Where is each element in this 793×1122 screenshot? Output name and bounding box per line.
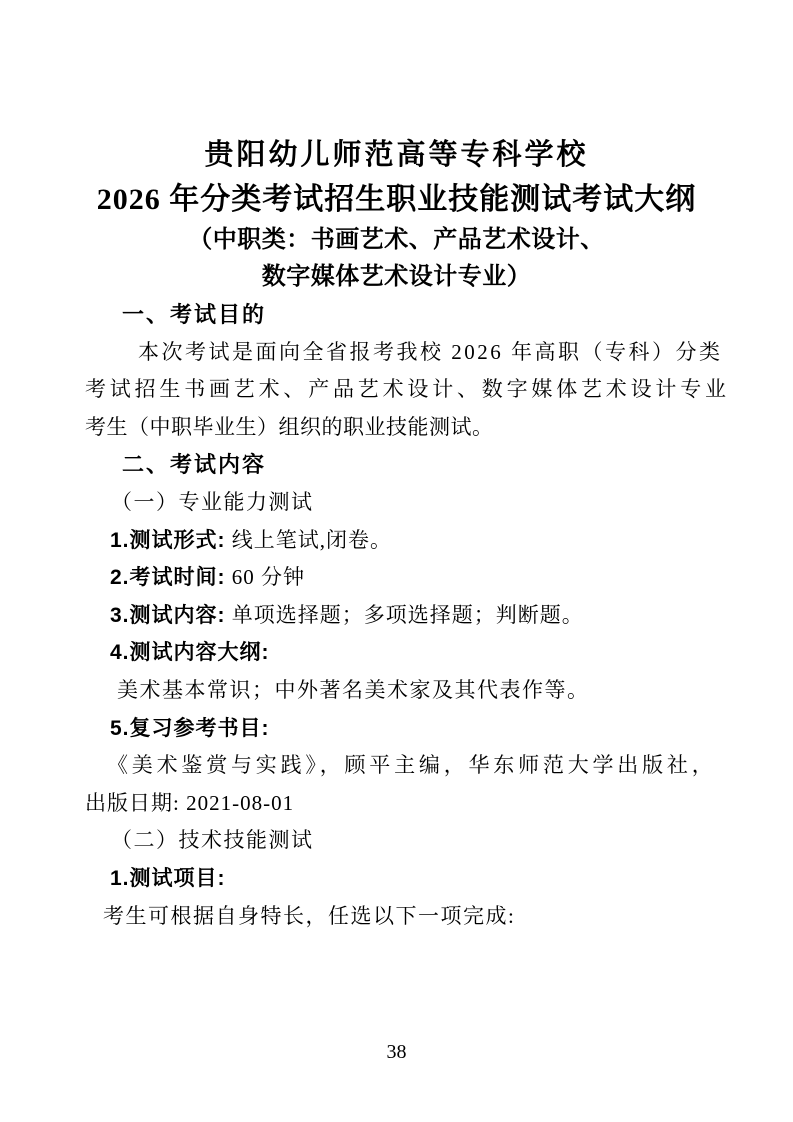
item-label: 2.考试时间: (110, 566, 226, 589)
instruction-line: 考生可根据自身特长，任选以下一项完成: (85, 898, 725, 936)
book-reference-text: 《美术鉴赏与实践》，顾平主编，华东师范大学出版社， (107, 753, 717, 777)
item-label: 5.复习参考书目: (110, 717, 270, 740)
title-line-2: 2026 年分类考试招生职业技能测试考试大纲 (0, 178, 793, 222)
section-heading-2-text: 二、考试内容 (122, 452, 266, 477)
section-heading-1-text: 一、考试目的 (122, 302, 266, 327)
paragraph-text: 考生（中职毕业生）组织的职业技能测试。 (85, 415, 494, 439)
instruction-text: 考生可根据自身特长，任选以下一项完成: (103, 904, 515, 928)
title-line-1: 贵阳幼儿师范高等专科学校 (0, 132, 793, 178)
document-body: 一、考试目的 本次考试是面向全省报考我校 2026 年高职（专科）分类 考试招生… (85, 296, 725, 935)
list-item-test-content: 3.测试内容: 单项选择题；多项选择题；判断题。 (85, 597, 725, 635)
item-text: 60 分钟 (226, 565, 306, 589)
list-item-exam-duration: 2.考试时间: 60 分钟 (85, 559, 725, 597)
subsection-1-title: （一）专业能力测试 (85, 484, 725, 522)
list-item-test-format: 1.测试形式: 线上笔试,闭卷。 (85, 522, 725, 560)
item-label: 1.测试项目: (110, 867, 226, 890)
outline-detail-text: 美术基本常识；中外著名美术家及其代表作等。 (117, 678, 590, 702)
paragraph-text: 本次考试是面向全省报考我校 2026 年高职（专科）分类 (138, 340, 723, 364)
publish-date-text: 出版日期: 2021-08-01 (85, 791, 294, 815)
section-heading-1: 一、考试目的 (85, 296, 725, 334)
item-label: 3.测试内容: (110, 604, 226, 627)
book-reference-line-2: 出版日期: 2021-08-01 (85, 785, 725, 823)
purpose-paragraph-line-3: 考生（中职毕业生）组织的职业技能测试。 (85, 409, 725, 447)
page-number: 38 (0, 1038, 793, 1066)
title-line-3: （中职类：书画艺术、产品艺术设计、 (0, 222, 793, 259)
title-line-4: 数字媒体艺术设计专业） (0, 259, 793, 296)
section-heading-2: 二、考试内容 (85, 446, 725, 484)
item-text: 单项选择题；多项选择题；判断题。 (226, 603, 584, 627)
item-label: 4.测试内容大纲: (110, 641, 270, 664)
outline-detail-line: 美术基本常识；中外著名美术家及其代表作等。 (85, 672, 725, 710)
subsection-2-title: （二）技术技能测试 (85, 822, 725, 860)
list-item-content-outline: 4.测试内容大纲: (85, 634, 725, 672)
subsection-2-text: （二）技术技能测试 (111, 828, 314, 852)
list-item-reference-books: 5.复习参考书目: (85, 710, 725, 748)
purpose-paragraph-line-1: 本次考试是面向全省报考我校 2026 年高职（专科）分类 (85, 334, 725, 372)
item-text: 线上笔试,闭卷。 (226, 528, 393, 552)
list-item-test-project: 1.测试项目: (85, 860, 725, 898)
subsection-1-text: （一）专业能力测试 (111, 490, 314, 514)
purpose-paragraph-line-2: 考试招生书画艺术、产品艺术设计、数字媒体艺术设计专业 (85, 371, 725, 409)
paragraph-text: 考试招生书画艺术、产品艺术设计、数字媒体艺术设计专业 (85, 377, 730, 401)
document-page: 贵阳幼儿师范高等专科学校 2026 年分类考试招生职业技能测试考试大纲 （中职类… (0, 0, 793, 1122)
document-title: 贵阳幼儿师范高等专科学校 2026 年分类考试招生职业技能测试考试大纲 （中职类… (0, 132, 793, 296)
book-reference-line-1: 《美术鉴赏与实践》，顾平主编，华东师范大学出版社， (85, 747, 725, 785)
item-label: 1.测试形式: (110, 529, 226, 552)
